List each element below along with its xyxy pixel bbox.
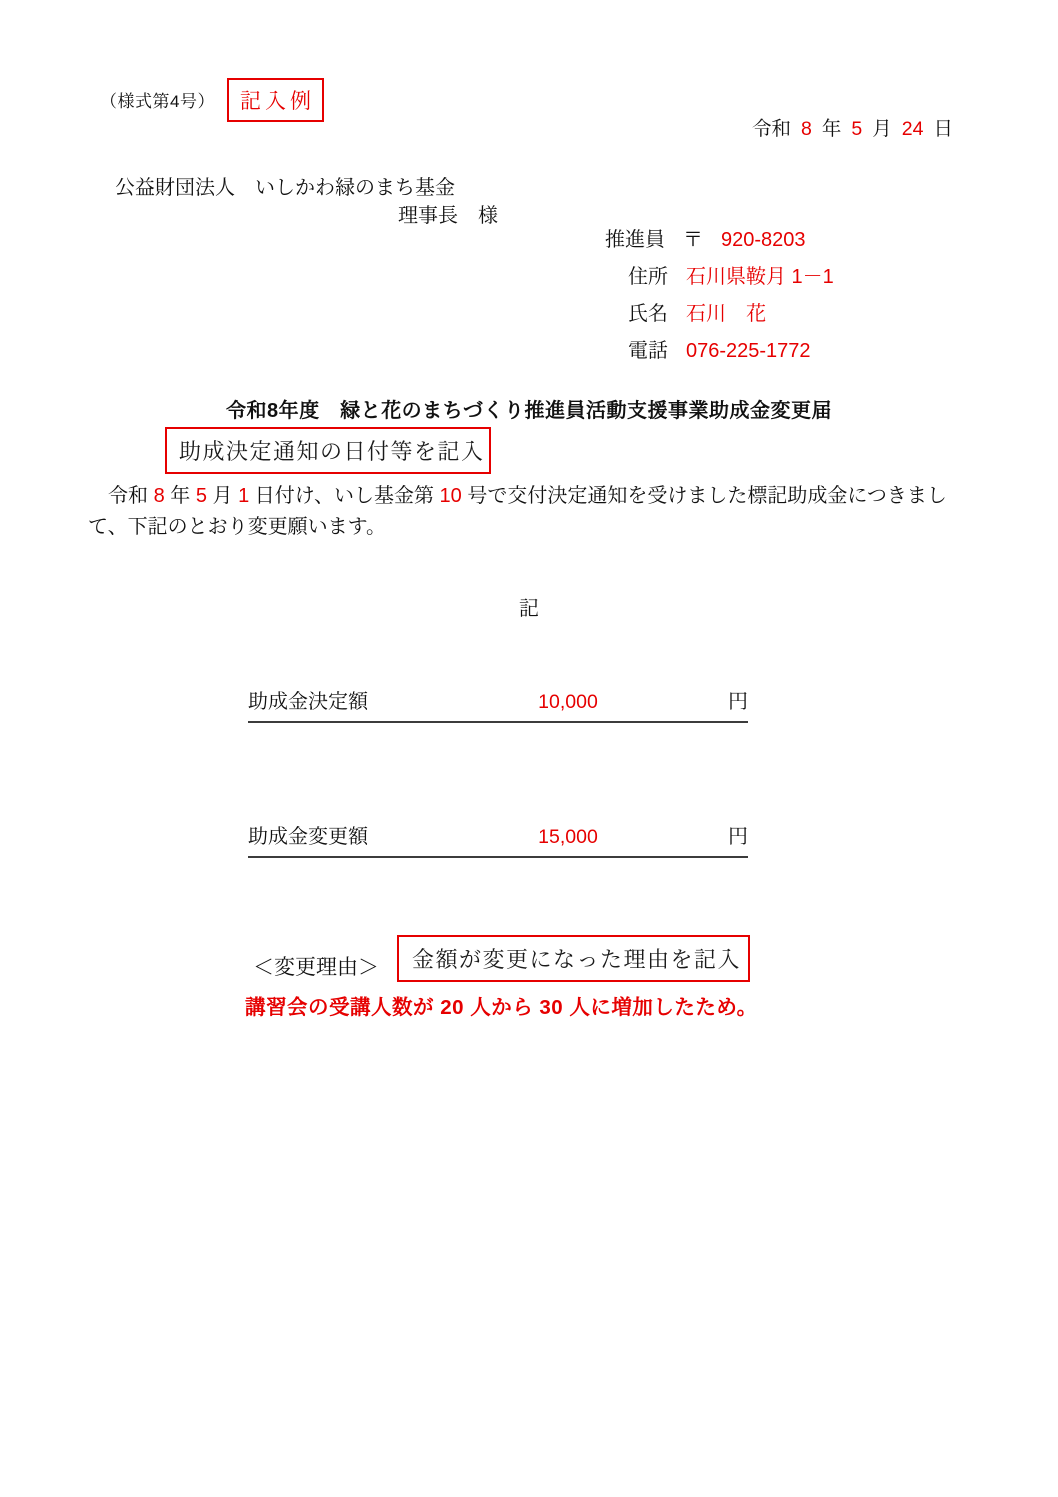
- changed-amount-value: 15,000: [418, 826, 718, 849]
- sender-role-label: 推進員: [605, 222, 665, 259]
- month-unit-label: 月: [872, 113, 892, 141]
- name-label: 氏名: [628, 296, 668, 333]
- year-unit-label: 年: [822, 113, 842, 141]
- sender-block: 推進員 〒 920-8203 住所 石川県鞍月 1－1 氏名 石川 花 電話 0…: [605, 222, 834, 370]
- body-seg-5: 号で交付決定通知を受けました標記助成金につきまし: [462, 485, 947, 507]
- changed-amount-row: 助成金変更額 15,000 円: [248, 820, 748, 858]
- address-value: 石川県鞍月 1－1: [686, 259, 834, 296]
- document-page: （様式第4号） 記入例 令和 8 年 5 月 24 日 公益財団法人 いしかわ緑…: [0, 0, 1058, 1497]
- body-notice-number-value: 10: [440, 485, 462, 507]
- decided-amount-label: 助成金決定額: [248, 685, 418, 714]
- change-reason-heading: ＜変更理由＞: [253, 951, 379, 981]
- phone-label: 電話: [628, 333, 668, 370]
- date-year-value: 8: [801, 118, 812, 141]
- era-label: 令和: [752, 113, 791, 141]
- annotation-reason-note: 金額が変更になった理由を記入: [412, 943, 741, 974]
- body-day-value: 1: [238, 485, 249, 507]
- sender-phone-line: 電話 076-225-1772: [605, 333, 834, 370]
- annotation-box-reason: 金額が変更になった理由を記入: [397, 935, 750, 982]
- name-value: 石川 花: [686, 296, 766, 333]
- date-line: 令和 8 年 5 月 24 日: [752, 113, 953, 141]
- document-title: 令和8年度 緑と花のまちづくり推進員活動支援事業助成金変更届: [0, 394, 1058, 423]
- body-seg-3: 月: [207, 485, 238, 507]
- annotation-box-date: 助成決定通知の日付等を記入: [165, 427, 491, 474]
- body-paragraph: 令和 8 年 5 月 1 日付け、いし基金第 10 号で交付決定通知を受けました…: [88, 481, 988, 543]
- phone-value: 076-225-1772: [686, 333, 811, 370]
- decided-amount-row: 助成金決定額 10,000 円: [248, 685, 748, 723]
- sender-postal-line: 推進員 〒 920-8203: [605, 222, 834, 259]
- body-year-value: 8: [154, 485, 165, 507]
- date-day-value: 24: [902, 118, 924, 141]
- sender-name-line: 氏名 石川 花: [605, 296, 834, 333]
- body-seg-4: 日付け、いし基金第: [249, 485, 439, 507]
- recipient-organization: 公益財団法人 いしかわ緑のまち基金: [115, 171, 455, 200]
- body-line-1: 令和 8 年 5 月 1 日付け、いし基金第 10 号で交付決定通知を受けました…: [88, 481, 988, 512]
- body-seg-6: て、下記のとおり変更願います。: [88, 516, 386, 538]
- decided-amount-value: 10,000: [418, 691, 718, 714]
- body-seg-1: 令和: [88, 485, 154, 507]
- example-stamp-box: 記入例: [227, 78, 324, 122]
- postal-mark: 〒: [683, 222, 703, 259]
- annotation-date-note: 助成決定通知の日付等を記入: [179, 435, 485, 466]
- form-number-label: （様式第4号）: [100, 87, 215, 112]
- body-line-2: て、下記のとおり変更願います。: [88, 512, 988, 543]
- changed-amount-unit: 円: [718, 820, 748, 849]
- change-reason-text: 講習会の受講人数が 20 人から 30 人に増加したため。: [245, 990, 758, 1020]
- body-month-value: 5: [196, 485, 207, 507]
- recipient-addressee: 理事長 様: [398, 199, 498, 228]
- decided-amount-unit: 円: [718, 685, 748, 714]
- changed-amount-label: 助成金変更額: [248, 820, 418, 849]
- section-mark: 記: [0, 592, 1058, 621]
- sender-address-line: 住所 石川県鞍月 1－1: [605, 259, 834, 296]
- address-label: 住所: [628, 259, 668, 296]
- day-unit-label: 日: [933, 113, 953, 141]
- date-month-value: 5: [851, 118, 862, 141]
- body-seg-2: 年: [165, 485, 196, 507]
- postal-code-value: 920-8203: [721, 222, 806, 259]
- example-stamp-label: 記入例: [236, 85, 315, 115]
